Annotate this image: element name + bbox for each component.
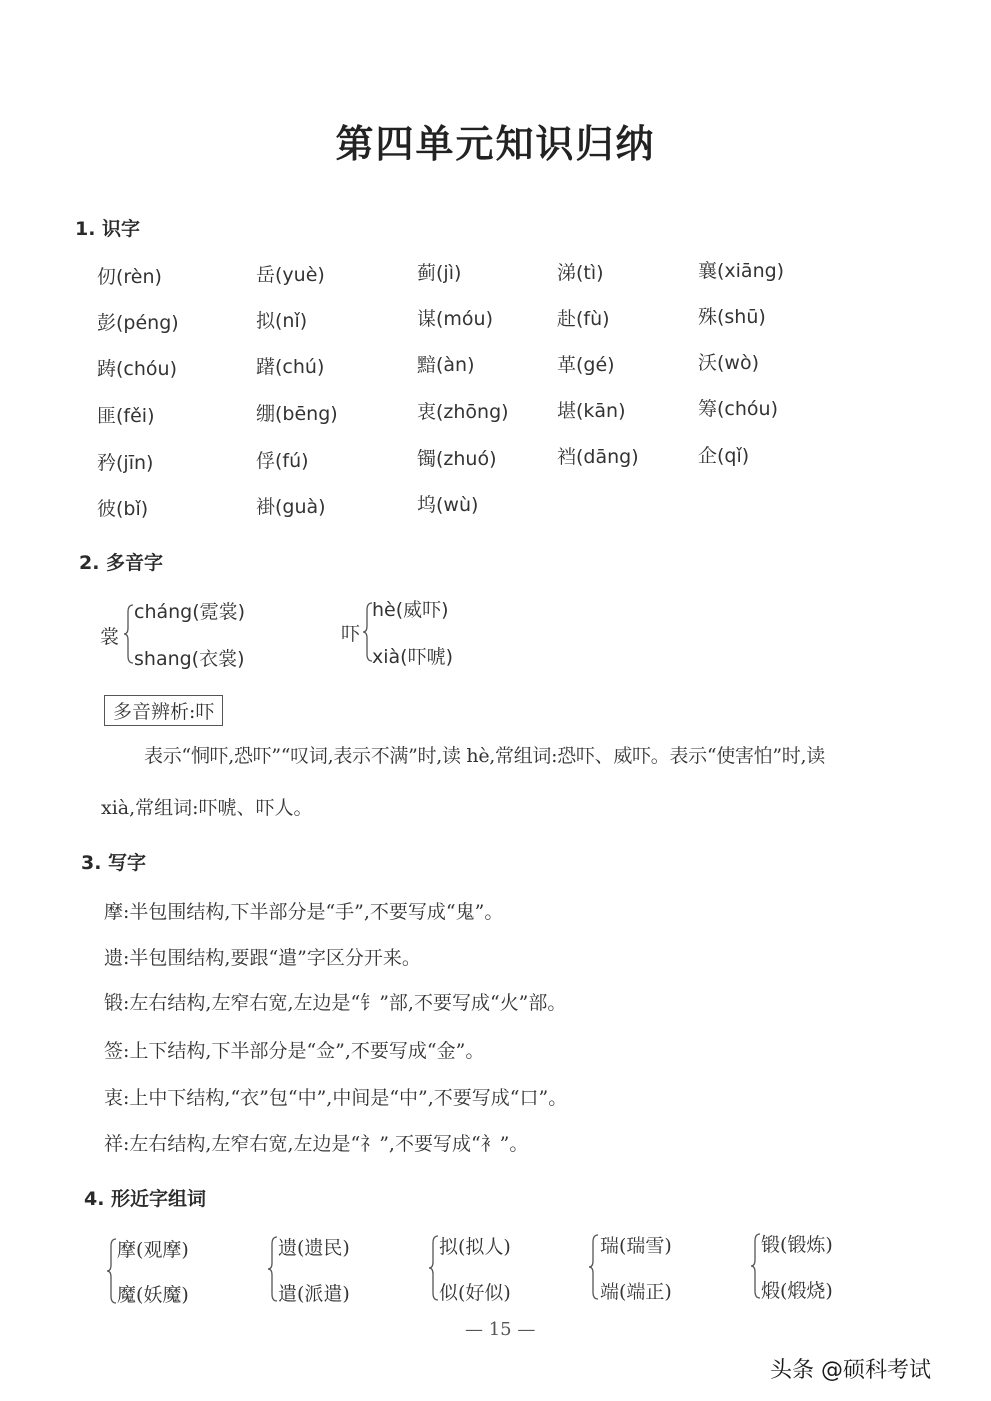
polyphone-reading: cháng(霓裳) [134,597,245,624]
pinyin-item: 拟(nǐ) [256,306,307,333]
pinyin-item: 岳(yuè) [256,260,325,287]
pinyin-item: 躇(chú) [256,352,324,379]
polyphone-explanation-line1: 表示“恫吓,恐吓”“叹词,表示不满”时,读 hè,常组词:恐吓、威吓。表示“使害… [144,741,825,768]
brace-icon [268,1236,278,1302]
polyphone-reading: xià(吓唬) [372,642,453,669]
writing-note: 摩:半包围结构,下半部分是“手”,不要写成“鬼”。 [104,897,503,924]
page-title: 第四单元知识归纳 [0,113,991,168]
similar-char-word: 端(端正) [600,1277,672,1304]
brace-icon [124,604,132,664]
similar-char-word: 遗(遗民) [278,1233,350,1260]
section-heading-shizi: 1. 识字 [75,214,140,241]
section-heading-duoyinzi: 2. 多音字 [79,548,163,575]
brace-icon [429,1235,439,1301]
pinyin-item: 镯(zhuó) [417,444,497,471]
writing-note: 签:上下结构,下半部分是“佥”,不要写成“金”。 [104,1036,484,1063]
page-number: — 15 — [465,1319,535,1340]
writing-note: 衷:上中下结构,“衣”包“中”,中间是“中”,不要写成“口”。 [104,1083,567,1110]
pinyin-item: 殊(shū) [698,302,766,329]
pinyin-item: 涕(tì) [557,258,604,285]
pinyin-item: 筹(chóu) [698,394,778,421]
similar-char-word: 瑞(瑞雪) [600,1231,672,1258]
pinyin-item: 蓟(jì) [417,258,461,285]
pinyin-item: 黯(àn) [417,350,475,377]
polyphone-char: 吓 [341,619,360,646]
similar-char-word: 摩(观摩) [117,1235,189,1262]
section-heading-xiezi: 3. 写字 [81,848,146,875]
pinyin-item: 赴(fù) [557,304,610,331]
pinyin-item: 绷(bēng) [256,399,338,426]
pinyin-item: 仞(rèn) [97,262,162,289]
brace-icon [363,602,371,662]
polyphone-explanation-line2: xià,常组词:吓唬、吓人。 [101,793,313,820]
pinyin-item: 堪(kān) [557,396,626,423]
polyphone-reading: shang(衣裳) [134,644,245,671]
pinyin-item: 企(qǐ) [698,441,749,468]
similar-char-word: 魔(妖魔) [117,1280,189,1307]
writing-note: 遗:半包围结构,要跟“遣”字区分开来。 [104,943,421,970]
polyphone-char: 裳 [100,622,119,649]
pinyin-item: 谋(móu) [417,304,493,331]
pinyin-item: 裆(dāng) [557,442,639,469]
writing-note: 锻:左右结构,左窄右宽,左边是“钅”部,不要写成“火”部。 [104,988,566,1015]
similar-char-word: 似(好似) [439,1278,511,1305]
pinyin-item: 匪(fěi) [97,401,154,428]
similar-char-word: 拟(拟人) [439,1232,511,1259]
pinyin-item: 矜(jīn) [97,448,153,475]
brace-icon [107,1238,117,1304]
writing-note: 祥:左右结构,左窄右宽,左边是“礻”,不要写成“衤”。 [104,1129,528,1156]
similar-char-word: 遣(派遣) [278,1279,350,1306]
pinyin-item: 踌(chóu) [97,354,177,381]
brace-icon [751,1233,761,1299]
pinyin-item: 褂(guà) [256,492,326,519]
section-heading-xingjinzi: 4. 形近字组词 [84,1184,206,1211]
similar-char-word: 锻(锻炼) [761,1230,833,1257]
pinyin-item: 俘(fú) [256,446,309,473]
pinyin-item: 彭(péng) [97,308,179,335]
watermark: 头条 @硕科考试 [770,1353,931,1384]
pinyin-item: 彼(bǐ) [97,494,148,521]
similar-char-word: 煅(煅烧) [761,1276,833,1303]
pinyin-item: 襄(xiāng) [698,256,784,283]
pinyin-item: 沃(wò) [698,348,759,375]
pinyin-item: 坞(wù) [417,490,478,517]
brace-icon [589,1234,599,1300]
polyphone-reading: hè(威吓) [372,595,449,622]
pinyin-item: 革(gé) [557,350,615,377]
pinyin-item: 衷(zhōng) [417,397,509,424]
polyphone-analysis-label: 多音辨析:吓 [104,695,223,726]
